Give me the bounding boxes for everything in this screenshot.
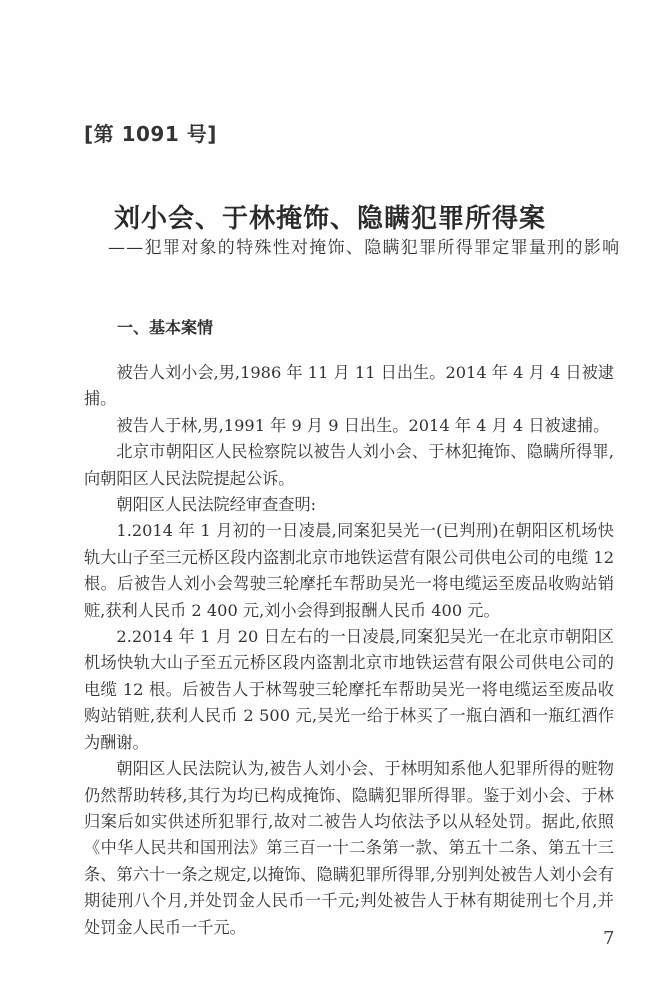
case-subtitle: ——犯罪对象的特殊性对掩饰、隐瞒犯罪所得罪定罪量刑的影响 <box>108 233 620 258</box>
paragraph-defendant-1: 被告人刘小会,男,1986 年 11 月 11 日出生。2014 年 4 月 4… <box>84 360 614 413</box>
paragraph-defendant-2: 被告人于林,男,1991 年 9 月 9 日出生。2014 年 4 月 4 日被… <box>84 413 614 439</box>
book-page: [第 1091 号] 刘小会、于林掩饰、隐瞒犯罪所得案 ——犯罪对象的特殊性对掩… <box>0 0 660 999</box>
paragraph-judgment: 朝阳区人民法院认为,被告人刘小会、于林明知系他人犯罪所得的赃物仍然帮助转移,其行… <box>84 756 614 941</box>
paragraph-prosecution: 北京市朝阳区人民检察院以被告人刘小会、于林犯掩饰、隐瞒所得罪,向朝阳区人民法院提… <box>84 439 614 492</box>
case-title: 刘小会、于林掩饰、隐瞒犯罪所得案 <box>0 198 660 235</box>
case-number: [第 1091 号] <box>84 118 217 147</box>
body-text: 被告人刘小会,男,1986 年 11 月 11 日出生。2014 年 4 月 4… <box>84 360 614 941</box>
section-heading: 一、基本案情 <box>117 315 213 338</box>
paragraph-fact-2: 2.2014 年 1 月 20 日左右的一日凌晨,同案犯吴光一在北京市朝阳区机场… <box>84 624 614 756</box>
paragraph-fact-1: 1.2014 年 1 月初的一日凌晨,同案犯吴光一(已判刑)在朝阳区机场快轨大山… <box>84 518 614 624</box>
paragraph-court-findings-intro: 朝阳区人民法院经审查查明: <box>84 492 614 518</box>
page-number: 7 <box>603 928 614 949</box>
